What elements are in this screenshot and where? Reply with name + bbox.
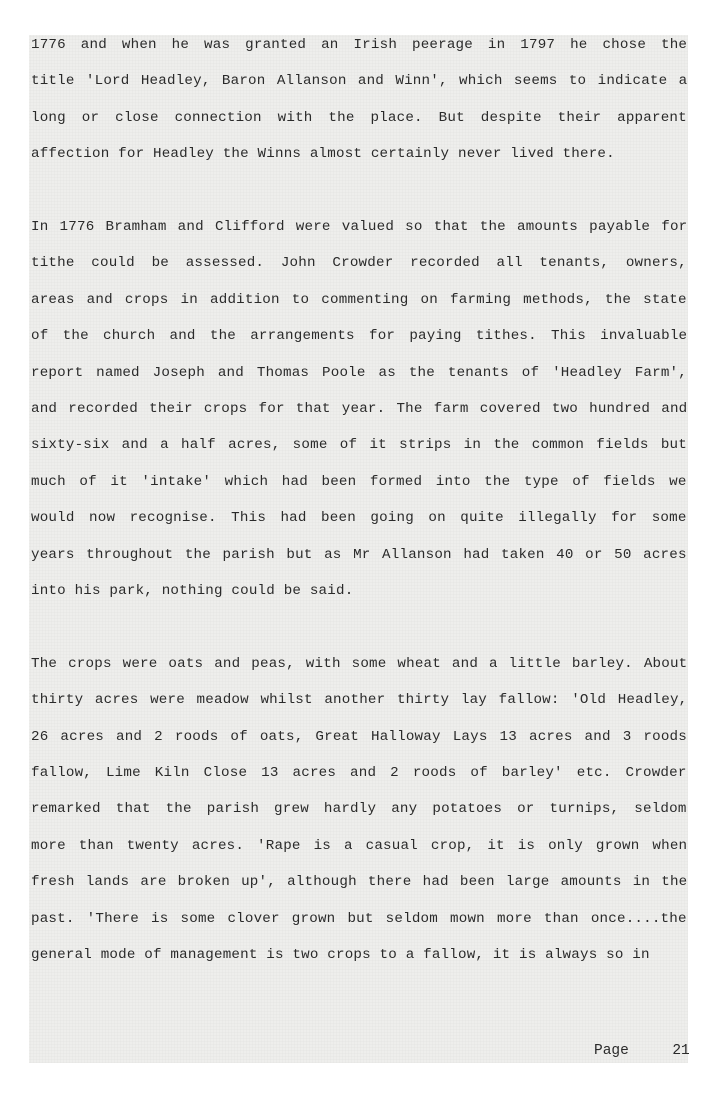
text-line: and recorded their crops for that year. …: [31, 399, 687, 419]
text-line: areas and crops in addition to commentin…: [31, 290, 687, 310]
text-line: In 1776 Bramham and Clifford were valued…: [31, 217, 687, 237]
text-line: would now recognise. This had been going…: [31, 508, 687, 528]
text-line: thirty acres were meadow whilst another …: [31, 690, 687, 710]
text-line: of the church and the arrangements for p…: [31, 326, 687, 346]
text-line: report named Joseph and Thomas Poole as …: [31, 363, 687, 383]
text-line: more than twenty acres. 'Rape is a casua…: [31, 836, 687, 856]
text-line: general mode of management is two crops …: [31, 945, 687, 965]
text-line: remarked that the parish grew hardly any…: [31, 799, 687, 819]
page-number-footer: Page 21: [594, 1043, 686, 1059]
document-page: 1776 and when he was granted an Irish pe…: [29, 35, 688, 1063]
text-line: long or close connection with the place.…: [31, 108, 687, 128]
text-line: 1776 and when he was granted an Irish pe…: [31, 35, 687, 55]
text-line: past. 'There is some clover grown but se…: [31, 909, 687, 929]
text-line: much of it 'intake' which had been forme…: [31, 472, 687, 492]
text-line: fresh lands are broken up', although the…: [31, 872, 687, 892]
page-label: Page: [594, 1043, 629, 1059]
text-line: years throughout the parish but as Mr Al…: [31, 545, 687, 565]
text-line: sixty-six and a half acres, some of it s…: [31, 435, 687, 455]
text-line: tithe could be assessed. John Crowder re…: [31, 253, 687, 273]
text-line: affection for Headley the Winns almost c…: [31, 144, 687, 164]
text-line: 26 acres and 2 roods of oats, Great Hall…: [31, 727, 687, 747]
page-number: 21: [672, 1043, 689, 1059]
text-line: fallow, Lime Kiln Close 13 acres and 2 r…: [31, 763, 687, 783]
text-line: title 'Lord Headley, Baron Allanson and …: [31, 71, 687, 91]
text-line: The crops were oats and peas, with some …: [31, 654, 687, 674]
text-line: into his park, nothing could be said.: [31, 581, 687, 601]
